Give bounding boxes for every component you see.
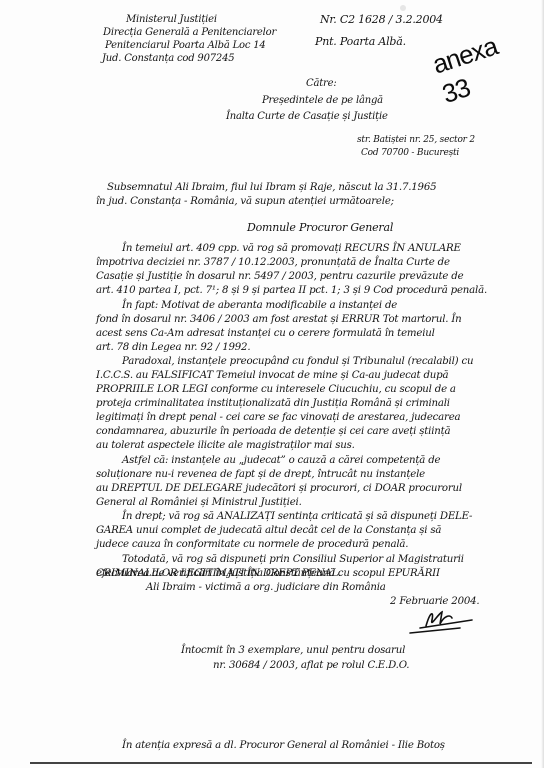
registration-institution: Pnt. Poarta Albă. xyxy=(315,36,406,47)
intro-line-1: Subsemnatul Ali Ibraim, fiul lui Ibram ș… xyxy=(107,183,436,193)
body-line: art. 78 din Legea nr. 92 / 1992. xyxy=(96,343,250,353)
body-line: Totodată, vă rog să dispuneți prin Consi… xyxy=(122,555,464,565)
scan-edge-line xyxy=(30,762,532,764)
addressee-address1: str. Batiștei nr. 25, sector 2 xyxy=(357,136,475,145)
sender-penitentiary: Penitenciarul Poarta Albă Loc 14 xyxy=(105,41,266,51)
body-line: acest sens Ca-Am adresat instanței cu o … xyxy=(96,329,435,339)
addressee-line2: Înalta Curte de Casație și Justiție xyxy=(226,112,388,122)
body-line: I.C.C.S. au FALSIFICAT Temeiul invocat d… xyxy=(96,371,448,381)
sender-directorate: Direcția Generală a Penitenciarelor xyxy=(103,28,276,38)
salutation: Domnule Procuror General xyxy=(247,222,393,233)
body-line: au DREPTUL DE DELEGARE judecători și pro… xyxy=(96,484,462,494)
body-line: soluționare nu-i revenea de fapt și de d… xyxy=(96,470,425,480)
body-line: proteja criminalitatea instituționalizat… xyxy=(96,399,450,409)
scanned-letter-page: Ministerul Justiției Direcția Generală a… xyxy=(0,0,544,768)
body-line: legitimați în drept penal - cei care se … xyxy=(96,413,460,423)
body-line: Casație și Justiție în dosarul nr. 5497 … xyxy=(96,272,463,282)
body-line: art. 410 partea I, pct. 7¹; 8 și 9 și pa… xyxy=(96,286,487,296)
body-line: împotriva deciziei nr. 3787 / 10.12.2003… xyxy=(96,258,450,268)
closing-line: Ali Ibraim - victimă a org. judiciare di… xyxy=(146,583,386,593)
addressee-to-label: Către: xyxy=(306,79,337,89)
body-line: General al României și Ministrul Justiți… xyxy=(96,498,302,508)
annex-label: anexa 33 xyxy=(429,21,539,110)
body-line: În fapt: Motivat de aberanta modificabil… xyxy=(122,301,397,311)
body-line: GAREA unui complet de judecată altul dec… xyxy=(96,526,441,536)
intro-line-2: în jud. Constanța - România, vă supun at… xyxy=(96,197,394,207)
signature-mark xyxy=(380,606,480,636)
addressee-line1: Președintele de pe lângă xyxy=(262,96,383,106)
bottom-attention-note: În atenția expresă a dl. Procuror Genera… xyxy=(122,741,445,751)
sender-ministry: Ministerul Justiției xyxy=(126,15,217,25)
body-line: În temeiul art. 409 cpp. vă rog să promo… xyxy=(122,244,461,254)
scan-speck xyxy=(400,5,406,11)
body-line: au tolerat aspectele ilicite ale magistr… xyxy=(96,441,355,451)
addressee-address2: Cod 70700 - București xyxy=(361,149,459,158)
registration-number: Nr. C2 1628 / 3.2.2004 xyxy=(320,14,443,25)
body-line: fond în dosarul nr. 3406 / 2003 am fost … xyxy=(96,315,462,325)
body-line: CRIMINALILOR LEGITIMAȚI ÎN DREPT PENAL. xyxy=(96,569,341,579)
body-line: Paradoxal, instanțele preocupând cu fond… xyxy=(122,357,473,367)
body-line: În drept; vă rog să ANALIZAȚI sentința c… xyxy=(122,512,472,522)
footer-note-line-2: nr. 30684 / 2003, aflat pe rolul C.E.D.O… xyxy=(213,661,409,671)
body-line: PROPRIILE LOR LEGI conforme cu interesel… xyxy=(96,385,456,395)
sender-county: Jud. Constanța cod 907245 xyxy=(102,54,234,64)
body-line: condamnarea, abuzurile în perioada de de… xyxy=(96,427,450,437)
body-line: Astfel că: instanțele au „judecat” o cau… xyxy=(122,456,440,466)
footer-note-line-1: Întocmit în 3 exemplare, unul pentru dos… xyxy=(181,646,405,656)
body-line: judece cauza în conformitate cu normele … xyxy=(96,540,408,550)
